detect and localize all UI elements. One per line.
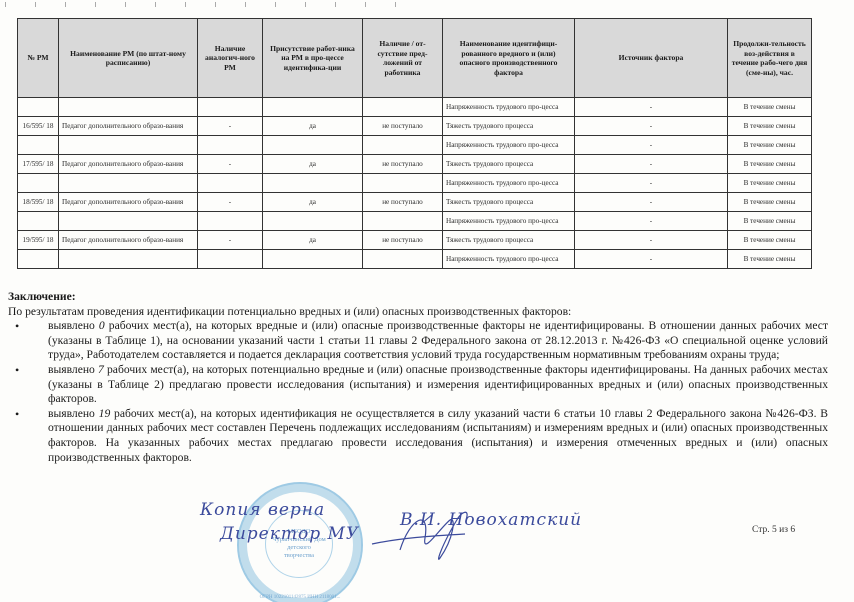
cell-proposals (363, 212, 443, 231)
cell-rm-name (59, 136, 198, 155)
cell-factor-source: - (575, 155, 728, 174)
cell-exposure-duration: В течение смены (728, 136, 812, 155)
cell-rm-name: Педагог дополнительного образо-вания (59, 117, 198, 136)
cell-rm-name (59, 212, 198, 231)
stamp-ring-text: ОГРН 1022101142875 ИНН 2118001... (239, 595, 361, 600)
conclusion-title: Заключение: (8, 290, 828, 305)
cell-proposals: не поступало (363, 193, 443, 212)
table-row: Напряженность трудового про-цесса-В тече… (18, 98, 812, 117)
cell-rm-number (18, 136, 59, 155)
signature-block: МБОДО Чурапчинский Дом детского творчест… (190, 488, 710, 602)
stamp-line: творчества (266, 552, 332, 560)
conclusion-intro: По результатам проведения идентификации … (8, 305, 828, 320)
cell-rm-name (59, 174, 198, 193)
handwritten-certified-copy: Копия верна (200, 500, 325, 520)
cell-exposure-duration: В течение смены (728, 193, 812, 212)
cell-rm-name: Педагог дополнительного образо-вания (59, 231, 198, 250)
cell-exposure-duration: В течение смены (728, 212, 812, 231)
cell-worker-presence: да (263, 117, 363, 136)
cell-proposals (363, 250, 443, 269)
cell-factor-name: Напряженность трудового про-цесса (443, 250, 575, 269)
cell-factor-source: - (575, 250, 728, 269)
cell-rm-name: Педагог дополнительного образо-вания (59, 193, 198, 212)
cell-exposure-duration: В течение смены (728, 98, 812, 117)
cell-exposure-duration: В течение смены (728, 155, 812, 174)
scan-ruler-marks (0, 0, 854, 10)
conclusion-item-not-identified: выявлено 19 рабочих мест(а), на которых … (48, 407, 828, 465)
cell-rm-number: 18/595/ 18 (18, 193, 59, 212)
cell-factor-name: Тяжесть трудового процесса (443, 193, 575, 212)
header-analog-rm: Наличие аналогич-ного РМ (198, 19, 263, 98)
header-rm-number: № РМ (18, 19, 59, 98)
cell-rm-number (18, 174, 59, 193)
cell-rm-number: 17/595/ 18 (18, 155, 59, 174)
cell-worker-presence: да (263, 155, 363, 174)
cell-proposals: не поступало (363, 117, 443, 136)
cell-rm-number: 16/595/ 18 (18, 117, 59, 136)
table-row: Напряженность трудового про-цесса-В тече… (18, 174, 812, 193)
cell-analog-rm (198, 174, 263, 193)
cell-rm-number (18, 98, 59, 117)
item-prefix: выявлено (48, 363, 98, 376)
header-proposals: Наличие / от-сутствие пред-ложений от ра… (363, 19, 443, 98)
cell-worker-presence: да (263, 193, 363, 212)
cell-rm-number: 19/595/ 18 (18, 231, 59, 250)
cell-factor-name: Тяжесть трудового процесса (443, 231, 575, 250)
cell-factor-name: Напряженность трудового про-цесса (443, 212, 575, 231)
cell-exposure-duration: В течение смены (728, 250, 812, 269)
table-row: Напряженность трудового про-цесса-В тече… (18, 212, 812, 231)
cell-factor-source: - (575, 136, 728, 155)
header-factor-name: Наименование идентифици-рованного вредно… (443, 19, 575, 98)
cell-proposals: не поступало (363, 155, 443, 174)
cell-factor-source: - (575, 231, 728, 250)
table-row: Напряженность трудового про-цесса-В тече… (18, 136, 812, 155)
cell-analog-rm (198, 136, 263, 155)
cell-worker-presence (263, 250, 363, 269)
workplace-count: 19 (99, 407, 111, 420)
table-row: 17/595/ 18Педагог дополнительного образо… (18, 155, 812, 174)
conclusion-section: Заключение: По результатам проведения ид… (8, 290, 828, 465)
item-text: рабочих мест(а), на которых вредные и (и… (48, 319, 828, 361)
page-number: Стр. 5 из 6 (752, 525, 795, 535)
table-header-row: № РМ Наименование РМ (по штат-ному распи… (18, 19, 812, 98)
stamp-line: детского (266, 544, 332, 552)
cell-factor-name: Тяжесть трудового процесса (443, 155, 575, 174)
cell-factor-source: - (575, 98, 728, 117)
cell-analog-rm: - (198, 231, 263, 250)
header-rm-name: Наименование РМ (по штат-ному расписанию… (59, 19, 198, 98)
cell-analog-rm: - (198, 155, 263, 174)
cell-factor-name: Напряженность трудового про-цесса (443, 136, 575, 155)
cell-factor-name: Напряженность трудового про-цесса (443, 174, 575, 193)
cell-rm-name (59, 250, 198, 269)
cell-proposals (363, 174, 443, 193)
cell-worker-presence (263, 98, 363, 117)
handwritten-position: Директор МУ (220, 524, 359, 544)
identification-table: № РМ Наименование РМ (по штат-ному распи… (17, 18, 812, 269)
cell-exposure-duration: В течение смены (728, 231, 812, 250)
cell-analog-rm (198, 250, 263, 269)
header-worker-presence: Присутствие работ-ника на РМ в про-цессе… (263, 19, 363, 98)
item-text: рабочих мест(а), на которых потенциально… (48, 363, 828, 405)
cell-worker-presence (263, 174, 363, 193)
cell-rm-number (18, 212, 59, 231)
cell-analog-rm (198, 98, 263, 117)
header-factor-source: Источник фактора (575, 19, 728, 98)
conclusion-item-declared: выявлено 0 рабочих мест(а), на которых в… (48, 319, 828, 363)
cell-rm-name: Педагог дополнительного образо-вания (59, 155, 198, 174)
cell-factor-name: Напряженность трудового про-цесса (443, 98, 575, 117)
cell-worker-presence (263, 212, 363, 231)
cell-rm-name (59, 98, 198, 117)
cell-factor-source: - (575, 117, 728, 136)
cell-exposure-duration: В течение смены (728, 117, 812, 136)
cell-analog-rm: - (198, 117, 263, 136)
conclusion-item-identified: выявлено 7 рабочих мест(а), на которых п… (48, 363, 828, 407)
item-prefix: выявлено (48, 407, 99, 420)
table-row: 18/595/ 18Педагог дополнительного образо… (18, 193, 812, 212)
cell-proposals (363, 136, 443, 155)
signature-scribble-icon (370, 498, 480, 568)
cell-rm-number (18, 250, 59, 269)
table-row: Напряженность трудового про-цесса-В тече… (18, 250, 812, 269)
table-row: 16/595/ 18Педагог дополнительного образо… (18, 117, 812, 136)
stamp-center: МБОДО Чурапчинский Дом детского творчест… (265, 510, 333, 578)
cell-proposals (363, 98, 443, 117)
item-prefix: выявлено (48, 319, 99, 332)
item-text: рабочих мест(а), на которых идентификаци… (48, 407, 828, 464)
header-exposure-duration: Продолжи-тельность воз-действия в течени… (728, 19, 812, 98)
cell-worker-presence: да (263, 231, 363, 250)
cell-analog-rm: - (198, 193, 263, 212)
cell-factor-source: - (575, 193, 728, 212)
cell-worker-presence (263, 136, 363, 155)
conclusion-list: выявлено 0 рабочих мест(а), на которых в… (8, 319, 828, 465)
handwritten-director-name: В.И. Новохатский (400, 510, 582, 530)
table-row: 19/595/ 18Педагог дополнительного образо… (18, 231, 812, 250)
cell-factor-source: - (575, 212, 728, 231)
cell-proposals: не поступало (363, 231, 443, 250)
cell-exposure-duration: В течение смены (728, 174, 812, 193)
cell-analog-rm (198, 212, 263, 231)
cell-factor-name: Тяжесть трудового процесса (443, 117, 575, 136)
cell-factor-source: - (575, 174, 728, 193)
